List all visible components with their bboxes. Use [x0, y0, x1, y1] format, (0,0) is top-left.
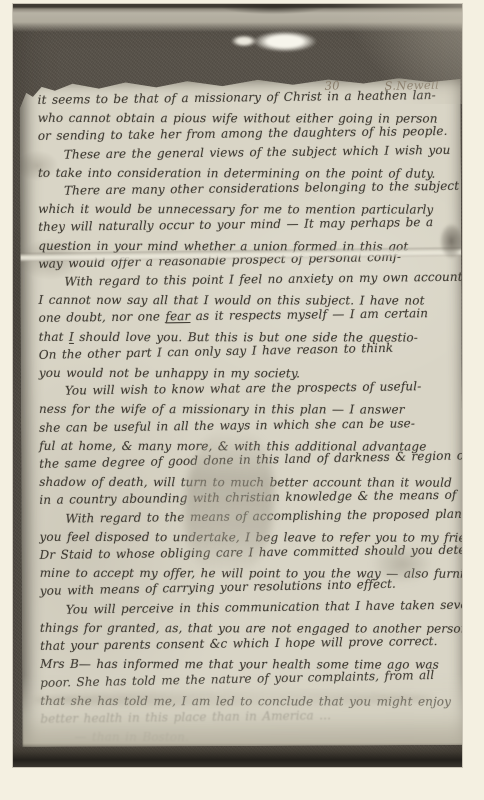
ink-stain	[429, 223, 462, 259]
letter-line: You will wish to know what are the prosp…	[39, 377, 456, 400]
letter-paragraph: With regard to this point I feel no anxi…	[38, 271, 455, 382]
photo-white-spot	[253, 31, 317, 52]
letter-line: they will naturally occur to your mind —…	[38, 213, 455, 236]
letter-line: There are many other considerations belo…	[38, 177, 455, 200]
letter-line: one doubt, nor one fear as it respects m…	[38, 304, 455, 327]
letter-photograph: 30 S.Newell it seems to be that of a mis…	[13, 4, 462, 767]
letter-paragraph: it seems to be that of a missionary of C…	[38, 89, 455, 145]
annotation-name: S.Newell	[384, 78, 439, 93]
bottom-fade	[22, 673, 462, 747]
letter-page: 30 S.Newell it seems to be that of a mis…	[20, 77, 462, 747]
smudge-right	[371, 544, 433, 584]
photo-bottom-shadow	[13, 743, 462, 767]
letter-line: it seems to be that of a missionary of C…	[38, 86, 455, 109]
annotation-number: 30	[324, 78, 340, 93]
letter-line: that your parents consent &c which I hop…	[40, 632, 457, 655]
letter-paragraph: These are the general views of the subje…	[38, 144, 455, 182]
photograph-mount: 30 S.Newell it seems to be that of a mis…	[0, 0, 484, 800]
letter-line: With regard to this point I feel no anxi…	[38, 268, 455, 291]
photo-top-light-band	[13, 4, 462, 32]
letter-body: it seems to be that of a missionary of C…	[38, 89, 458, 746]
